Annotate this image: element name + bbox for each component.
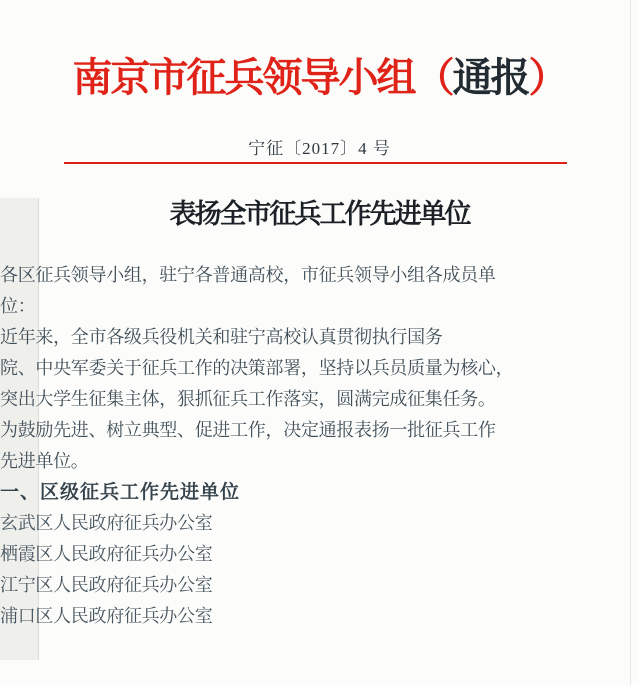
paren-close: ） <box>529 55 567 100</box>
scanned-document-page: 南京市征兵领导小组（通报） 宁征〔2017〕4 号 表扬全市征兵工作先进单位 各… <box>0 0 639 685</box>
paragraph-line-4: 为鼓励先进、树立典型、促进工作，决定通报表扬一批征兵工作 <box>0 415 639 446</box>
doc-type-label: 通报 <box>453 55 529 100</box>
document-number: 宁征〔2017〕4 号 <box>0 134 639 159</box>
org-name-text: 南京市征兵领导小组 <box>73 55 415 100</box>
unit-item-jiangning: 江宁区人民政府征兵办公室 <box>0 570 639 601</box>
paragraph-line-5: 先进单位。 <box>0 446 639 477</box>
unit-item-qixia: 栖霞区人民政府征兵办公室 <box>0 539 639 570</box>
unit-item-xuanwu: 玄武区人民政府征兵办公室 <box>0 508 639 539</box>
unit-item-pukou: 浦口区人民政府征兵办公室 <box>0 601 639 632</box>
red-divider-rule <box>64 162 567 164</box>
paren-open: （ <box>415 55 453 100</box>
section-heading-district-units: 一、区级征兵工作先进单位 <box>0 477 639 508</box>
red-header-org-title: 南京市征兵领导小组（通报） <box>0 46 639 103</box>
salutation-line-1: 各区征兵领导小组，驻宁各普通高校，市征兵领导小组各成员单 <box>0 260 639 291</box>
salutation-line-2: 位： <box>0 291 639 322</box>
paragraph-line-2: 院、中央军委关于征兵工作的决策部署，坚持以兵员质量为核心， <box>0 353 639 384</box>
document-body: 各区征兵领导小组，驻宁各普通高校，市征兵领导小组各成员单 位： 近年来，全市各级… <box>0 260 639 632</box>
paragraph-line-1: 近年来，全市各级兵役机关和驻宁高校认真贯彻执行国务 <box>0 322 639 353</box>
paragraph-line-3: 突出大学生征集主体，狠抓征兵工作落实，圆满完成征集任务。 <box>0 384 639 415</box>
document-title: 表扬全市征兵工作先进单位 <box>0 192 639 231</box>
